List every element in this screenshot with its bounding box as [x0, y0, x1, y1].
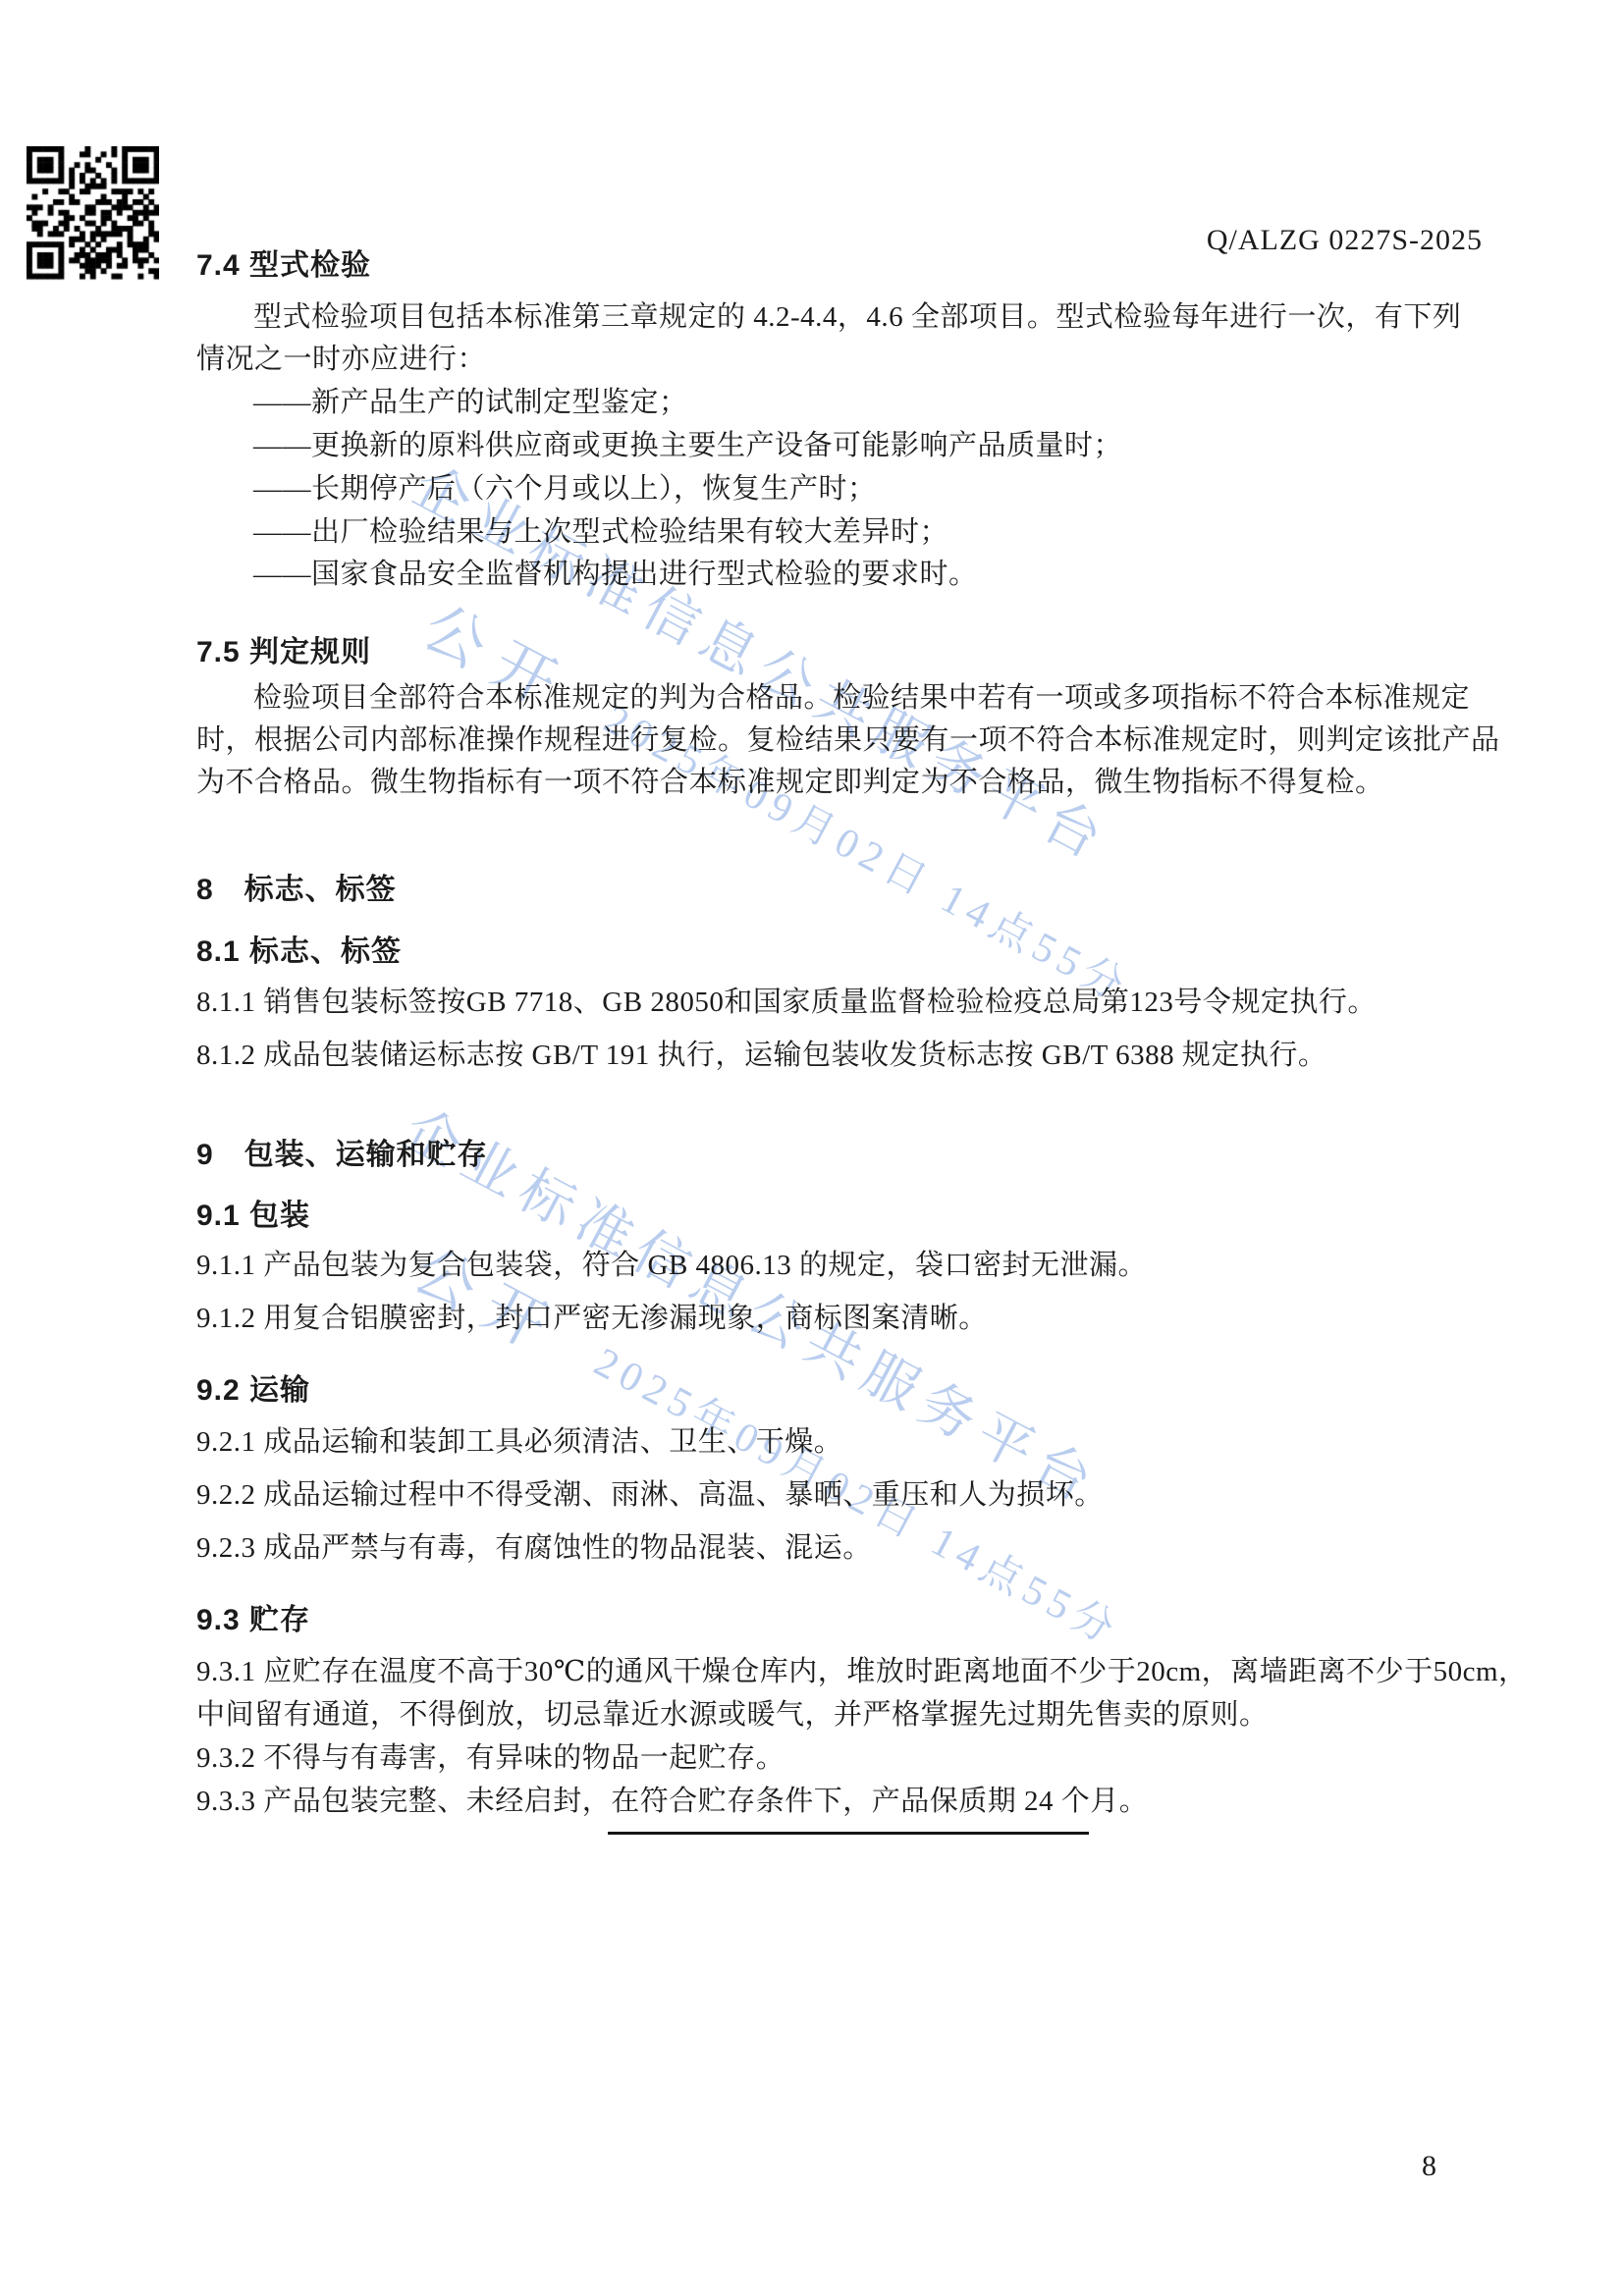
qr-code-icon [27, 146, 159, 281]
clause-9-2-1: 9.2.1 成品运输和装卸工具必须清洁、卫生、干燥。 [196, 1425, 842, 1459]
clause-8-1-2: 8.1.2 成品包装储运标志按 GB/T 191 执行，运输包装收发货标志按 G… [196, 1039, 1326, 1072]
section-7-4-intro-line1: 型式检验项目包括本标准第三章规定的 4.2-4.4，4.6 全部项目。型式检验每… [253, 300, 1461, 334]
clause-8-1-1: 8.1.1 销售包装标签按GB 7718、GB 28050和国家质量监督检验检疫… [196, 986, 1377, 1019]
clause-9-3-3: 9.3.3 产品包装完整、未经启封，在符合贮存条件下，产品保质期 24 个月。 [196, 1785, 1148, 1818]
section-8-1-heading: 8.1 标志、标签 [196, 935, 402, 969]
section-7-5-line: 时，根据公司内部标准操作规程进行复检。复检结果只要有一项不符合本标准规定时，则判… [196, 723, 1500, 757]
clause-9-2-2: 9.2.2 成品运输过程中不得受潮、雨淋、高温、暴晒、重压和人为损坏。 [196, 1478, 1104, 1512]
section-9-1-heading: 9.1 包装 [196, 1200, 310, 1233]
section-7-4-item: ——长期停产后（六个月或以上），恢复生产时； [253, 472, 877, 506]
watermark-group: 企业标准信息公共服务平台 公开 2025年09月02日 14点55分 [335, 1087, 1193, 1670]
section-7-4-heading: 7.4 型式检验 [196, 249, 371, 283]
watermark-public-text: 公开 [401, 1222, 580, 1373]
section-7-5-line: 为不合格品。微生物指标有一项不符合本标准规定即判定为不合格品，微生物指标不得复检… [196, 766, 1384, 799]
section-7-5-heading: 7.5 判定规则 [196, 636, 371, 669]
section-7-4-item: ——国家食品安全监督机构提出进行型式检验的要求时。 [253, 558, 978, 591]
clause-9-3-1-line2: 中间留有通道，不得倒放，切忌靠近水源或暖气，并严格掌握先过期先售卖的原则。 [196, 1698, 1269, 1732]
section-9-3-heading: 9.3 贮存 [196, 1604, 310, 1637]
doc-number: Q/ALZG 0227S-2025 [1207, 224, 1483, 257]
clause-9-2-3: 9.2.3 成品严禁与有毒，有腐蚀性的物品混装、混运。 [196, 1531, 872, 1565]
section-7-5-line: 检验项目全部符合本标准规定的判为合格品。检验结果中若有一项或多项指标不符合本标准… [253, 681, 1470, 715]
end-separator-line [608, 1832, 1089, 1835]
section-7-4-item: ——更换新的原料供应商或更换主要生产设备可能影响产品质量时； [253, 429, 1122, 462]
section-7-4-item: ——出厂检验结果与上次型式检验结果有较大差异时； [253, 515, 948, 549]
page-number: 8 [1422, 2150, 1436, 2183]
section-8-heading: 8 标志、标签 [196, 874, 397, 907]
clause-9-1-1: 9.1.1 产品包装为复合包装袋，符合 GB 4806.13 的规定，袋口密封无… [196, 1249, 1147, 1282]
clause-9-3-1-line1: 9.3.1 应贮存在温度不高于30℃的通风干燥仓库内，堆放时距离地面不少于20c… [196, 1655, 1528, 1688]
section-7-4-intro-line2: 情况之一时亦应进行： [196, 343, 486, 376]
clause-9-3-2: 9.3.2 不得与有毒害，有异味的物品一起贮存。 [196, 1741, 785, 1775]
section-9-heading: 9 包装、运输和贮存 [196, 1139, 488, 1172]
section-9-2-heading: 9.2 运输 [196, 1374, 310, 1408]
section-7-4-item: ——新产品生产的试制定型鉴定； [253, 386, 688, 419]
document-page: Q/ALZG 0227S-2025 企业标准信息公共服务平台 公开 2025年0… [0, 0, 1624, 2296]
clause-9-1-2: 9.1.2 用复合铝膜密封，封口严密无渗漏现象，商标图案清晰。 [196, 1302, 988, 1335]
